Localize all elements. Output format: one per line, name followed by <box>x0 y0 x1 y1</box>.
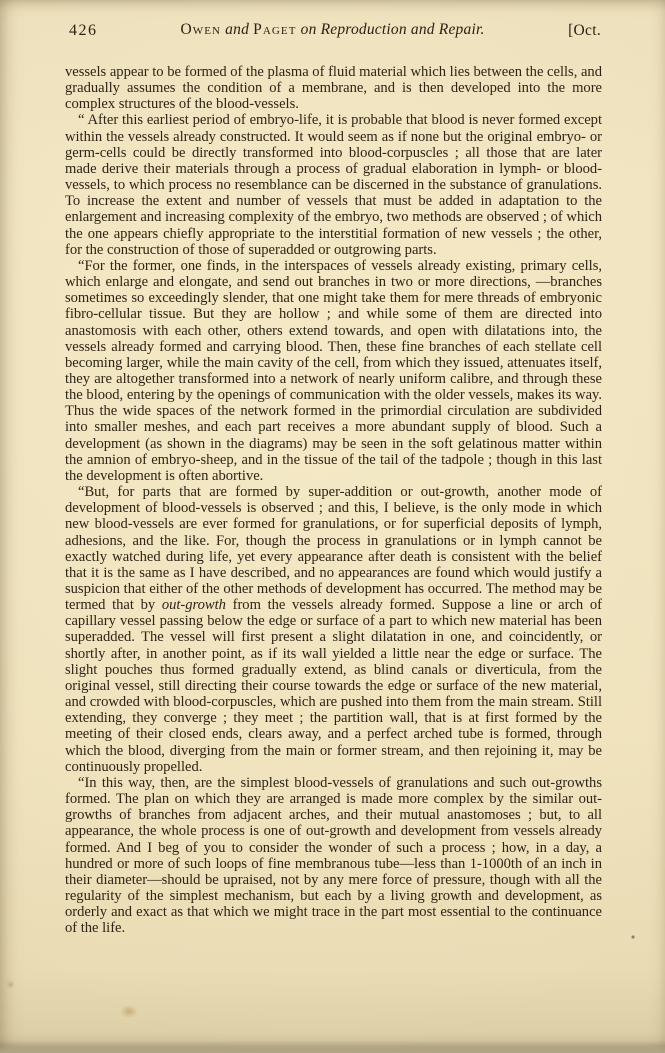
issue-date-marker: [Oct. <box>568 22 601 40</box>
page-bottom-edge <box>0 1040 665 1053</box>
paragraph: “ After this earliest period of embryo-l… <box>65 112 602 257</box>
paragraph: “In this way, then, are the simplest blo… <box>65 775 602 937</box>
paragraph: “But, for parts that are formed by super… <box>65 484 602 775</box>
text-run: and <box>221 21 253 38</box>
text-run: Paget <box>253 21 296 38</box>
foxing-spot <box>6 980 15 989</box>
running-title: Owen and Paget on Reproduction and Repai… <box>64 21 601 39</box>
ink-speck <box>631 935 635 939</box>
book-page: 426 Owen and Paget on Reproduction and R… <box>0 0 665 1053</box>
text-run: “ After this earliest period of embryo-l… <box>65 112 602 257</box>
text-run: on Reproduction and Repair. <box>297 21 485 38</box>
text-run: out-growth <box>162 597 226 613</box>
text-run: “But, for parts that are formed by super… <box>65 484 602 613</box>
paragraph: vessels appear to be formed of the plasm… <box>65 64 602 112</box>
text-run: Owen <box>180 21 221 38</box>
text-run: “For the former, one finds, in the inter… <box>65 258 602 484</box>
page-body: vessels appear to be formed of the plasm… <box>65 64 602 936</box>
text-run: “In this way, then, are the simplest blo… <box>65 775 602 936</box>
text-run: from the vessels already formed. Suppose… <box>65 597 602 775</box>
foxing-spot <box>120 1005 138 1018</box>
page-number: 426 <box>69 22 98 40</box>
text-run: vessels appear to be formed of the plasm… <box>65 64 602 112</box>
page-header: 426 Owen and Paget on Reproduction and R… <box>64 21 601 43</box>
paragraph: “For the former, one finds, in the inter… <box>65 258 602 484</box>
